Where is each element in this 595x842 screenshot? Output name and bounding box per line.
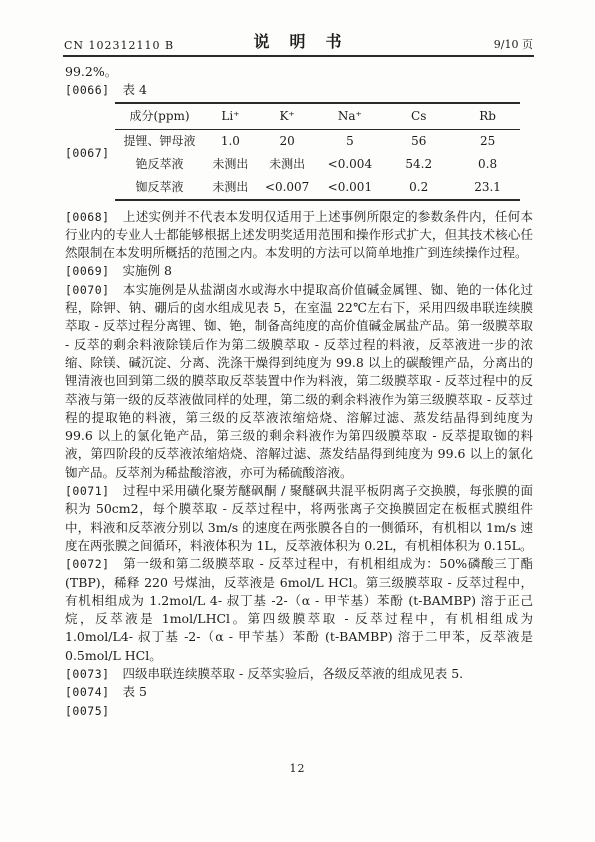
paragraph-text: 本实施例是从盐湖卤水或海水中提取高价值碱金属锂、铷、铯的一体化过程，除钾、钠、硼… <box>65 282 533 480</box>
table-cell: 1.0 <box>204 129 257 153</box>
page-header: CN 102312110 B 说 明 书 9/10 页 <box>64 36 533 52</box>
table-cell: 铯反萃液 <box>115 153 204 176</box>
header-divider <box>63 55 534 57</box>
paragraph-0074: [0074]表 5 <box>65 683 533 701</box>
table4-header-row: 成分(ppm) Li⁺ K⁺ Na⁺ Cs Rb <box>115 103 520 130</box>
paragraph-text: 实施例 8 <box>123 263 172 278</box>
table4-header-cell: K⁺ <box>257 103 318 130</box>
paragraph-number: [0066] <box>65 81 110 99</box>
table-cell: 未测出 <box>204 176 257 200</box>
table-row: 提锂、钾母液 1.0 20 5 56 25 <box>115 129 520 153</box>
table4-header-cell: Na⁺ <box>317 103 382 130</box>
table-cell: 未测出 <box>257 153 318 176</box>
table-cell: 铷反萃液 <box>115 176 204 200</box>
paragraph-number: [0072] <box>65 555 110 573</box>
table-cell: 0.2 <box>382 176 455 200</box>
table-cell: <0.007 <box>257 176 318 200</box>
table-cell: 5 <box>317 129 382 153</box>
paragraph-0068: [0068]上述实例并不代表本发明仅适用于上述事例所限定的参数条件内，任何本行业… <box>65 208 533 263</box>
paragraph-0070: [0070]本实施例是从盐湖卤水或海水中提取高价值碱金属锂、铷、铯的一体化过程，… <box>65 281 533 482</box>
paragraph-number: [0068] <box>65 208 110 226</box>
paragraph-text: 表 4 <box>123 82 147 97</box>
paragraph-0069: [0069]实施例 8 <box>65 262 533 280</box>
table-cell: 25 <box>455 129 520 153</box>
page-number: 12 <box>0 762 595 775</box>
patent-specification-page: CN 102312110 B 说 明 书 9/10 页 99.2%。 [0066… <box>0 0 595 842</box>
patent-number: CN 102312110 B <box>64 39 174 52</box>
table4-header-cell: Rb <box>455 103 520 130</box>
table-row: 铯反萃液 未测出 未测出 <0.004 54.2 0.8 <box>115 153 520 176</box>
paragraph-number: [0069] <box>65 262 110 280</box>
paragraph-text: 上述实例并不代表本发明仅适用于上述事例所限定的参数条件内，任何本行业内的专业人士… <box>65 209 533 261</box>
paragraph-0073: [0073]四级串联连续膜萃取 - 反萃实验后，各级反萃液的组成见表 5. <box>65 665 533 683</box>
carryover-text: 99.2%。 <box>65 63 533 81</box>
page-body: 99.2%。 [0066]表 4 [0067] 成分(ppm) Li⁺ K⁺ N… <box>65 63 533 720</box>
paragraph-text: 表 5 <box>123 684 147 699</box>
table4-header-cell: Cs <box>382 103 455 130</box>
table-cell: 23.1 <box>455 176 520 200</box>
paragraph-number: [0071] <box>65 482 110 500</box>
table4: 成分(ppm) Li⁺ K⁺ Na⁺ Cs Rb 提锂、钾母液 1.0 20 5 <box>115 102 520 201</box>
table-cell: 20 <box>257 129 318 153</box>
table-cell: 0.8 <box>455 153 520 176</box>
paragraph-text: 四级串联连续膜萃取 - 反萃实验后，各级反萃液的组成见表 5. <box>123 666 464 681</box>
paragraph-0072: [0072]第一级和第二级膜萃取 - 反萃过程中，有机相组成为：50%磷酸三丁酯… <box>65 555 533 665</box>
paragraph-0066: [0066]表 4 <box>65 81 533 99</box>
paragraph-text: 过程中采用磺化聚芳醚砜酮 / 聚醚砜共混平板阴离子交换膜，每张膜的面积为 50c… <box>65 483 533 553</box>
table-cell: 提锂、钾母液 <box>115 129 204 153</box>
paragraph-0075: [0075] <box>65 702 533 720</box>
table4-header-cell: Li⁺ <box>204 103 257 130</box>
page-indicator: 9/10 页 <box>494 36 533 52</box>
paragraph-text: 第一级和第二级膜萃取 - 反萃过程中，有机相组成为：50%磷酸三丁酯 (TBP)… <box>65 556 533 662</box>
table-cell: <0.004 <box>317 153 382 176</box>
table-cell: 56 <box>382 129 455 153</box>
table-cell: 未测出 <box>204 153 257 176</box>
table4-header-cell: 成分(ppm) <box>115 103 204 130</box>
paragraph-0071: [0071]过程中采用磺化聚芳醚砜酮 / 聚醚砜共混平板阴离子交换膜，每张膜的面… <box>65 482 533 555</box>
paragraph-number: [0070] <box>65 281 110 299</box>
table-cell: <0.001 <box>317 176 382 200</box>
paragraph-number: [0073] <box>65 665 110 683</box>
paragraph-number: [0075] <box>65 702 110 720</box>
table4-block: [0067] 成分(ppm) Li⁺ K⁺ Na⁺ Cs Rb <box>115 102 520 201</box>
table-cell: 54.2 <box>382 153 455 176</box>
paragraph-number: [0074] <box>65 683 110 701</box>
paragraph-number: [0067] <box>65 144 110 162</box>
table-row: 铷反萃液 未测出 <0.007 <0.001 0.2 23.1 <box>115 176 520 200</box>
